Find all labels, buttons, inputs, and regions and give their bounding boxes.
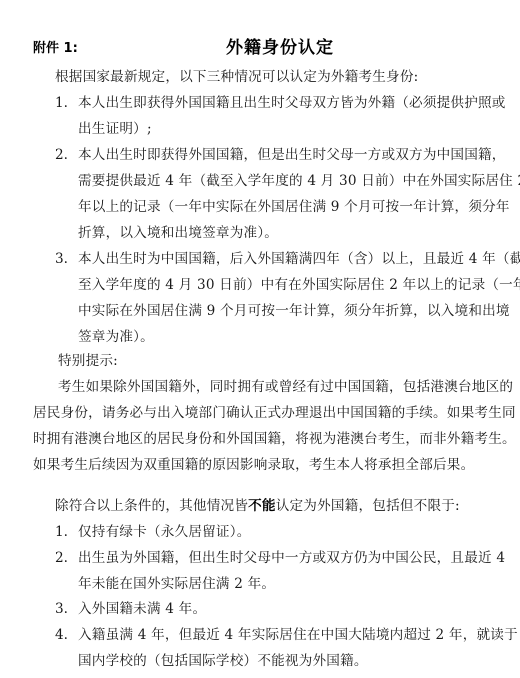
exclusion-line: 年未能在国外实际居住满 2 年。 xyxy=(78,575,275,593)
criterion-number: 2. xyxy=(55,146,68,164)
exclusion-line: 国内学校的（包括国际学校）不能视为外国籍。 xyxy=(78,652,368,670)
exclusions-intro-before: 除符合以上条件的，其他情况皆 xyxy=(55,498,248,514)
exclusion-line: 仅持有绿卡（永久居留证）。 xyxy=(78,523,251,541)
criterion-line: 本人出生时即获得外国国籍，但是出生时父母一方或双方为中国国籍， xyxy=(78,146,506,164)
special-note-line: 居民身份，请务必与出入境部门确认正式办理退出中国国籍的手续。如果考生同 xyxy=(33,404,516,422)
special-note-line: 考生如果除外国国籍外，同时拥有或曾经有过中国国籍，包括港澳台地区的 xyxy=(58,378,513,396)
special-note-line: 如果考生后续因为双重国籍的原因影响录取，考生本人将承担全部后果。 xyxy=(33,456,474,474)
document-page: 附件 1: 外籍身份认定 根据国家最新规定，以下三种情况可以认定为外籍考生身份:… xyxy=(0,0,520,678)
exclusions-intro: 除符合以上条件的，其他情况皆不能认定为外国籍，包括但不限于: xyxy=(55,497,460,515)
exclusion-line: 出生虽为外国籍，但出生时父母中一方或双方仍为中国公民，且最近 4 xyxy=(78,549,505,567)
exclusion-number: 2. xyxy=(55,549,68,567)
exclusions-intro-after: 认定为外国籍，包括但不限于: xyxy=(276,498,460,514)
criterion-line: 中实际在外国居住满 9 个月可按一年计算，须分年折算，以入境和出境 xyxy=(78,302,510,320)
exclusion-line: 入籍虽满 4 年，但最近 4 年实际居住在中国大陆境内超过 2 年，就读于 xyxy=(78,626,518,644)
special-note-line: 时拥有港澳台地区的居民身份和外国国籍，将视为港澳台考生，而非外籍考生。 xyxy=(33,430,516,448)
criterion-number: 1. xyxy=(55,94,68,112)
exclusion-number: 1. xyxy=(55,523,68,541)
criterion-line: 本人出生时为中国国籍，后入外国籍满四年（含）以上，且最近 4 年（截 xyxy=(78,250,520,268)
attachment-label: 附件 1: xyxy=(33,37,78,56)
exclusion-number: 4. xyxy=(55,626,68,644)
criterion-line: 至入学年度的 4 月 30 日前）中有在外国实际居住 2 年以上的记录（一年 xyxy=(78,276,520,294)
criterion-line: 年以上的记录（一年中实际在外国居住满 9 个月可按一年计算，须分年 xyxy=(78,198,510,216)
page-title: 外籍身份认定 xyxy=(226,33,334,58)
intro-paragraph: 根据国家最新规定，以下三种情况可以认定为外籍考生身份: xyxy=(55,68,418,86)
special-note-heading: 特别提示: xyxy=(58,352,118,370)
criterion-line: 需要提供最近 4 年（截至入学年度的 4 月 30 日前）中在外国实际居住 2 xyxy=(78,172,520,190)
criterion-line: 折算，以入境和出境签章为准）。 xyxy=(78,224,278,242)
criterion-line: 本人出生即获得外国国籍且出生时父母双方皆为外籍（必须提供护照或 xyxy=(78,94,506,112)
criterion-line: 出生证明）; xyxy=(78,120,152,138)
exclusion-number: 3. xyxy=(55,600,68,618)
criterion-line: 签章为准）。 xyxy=(78,328,154,346)
criterion-number: 3. xyxy=(55,250,68,268)
exclusions-intro-emphasis: 不能 xyxy=(248,498,276,514)
exclusion-line: 入外国籍未满 4 年。 xyxy=(78,600,206,618)
